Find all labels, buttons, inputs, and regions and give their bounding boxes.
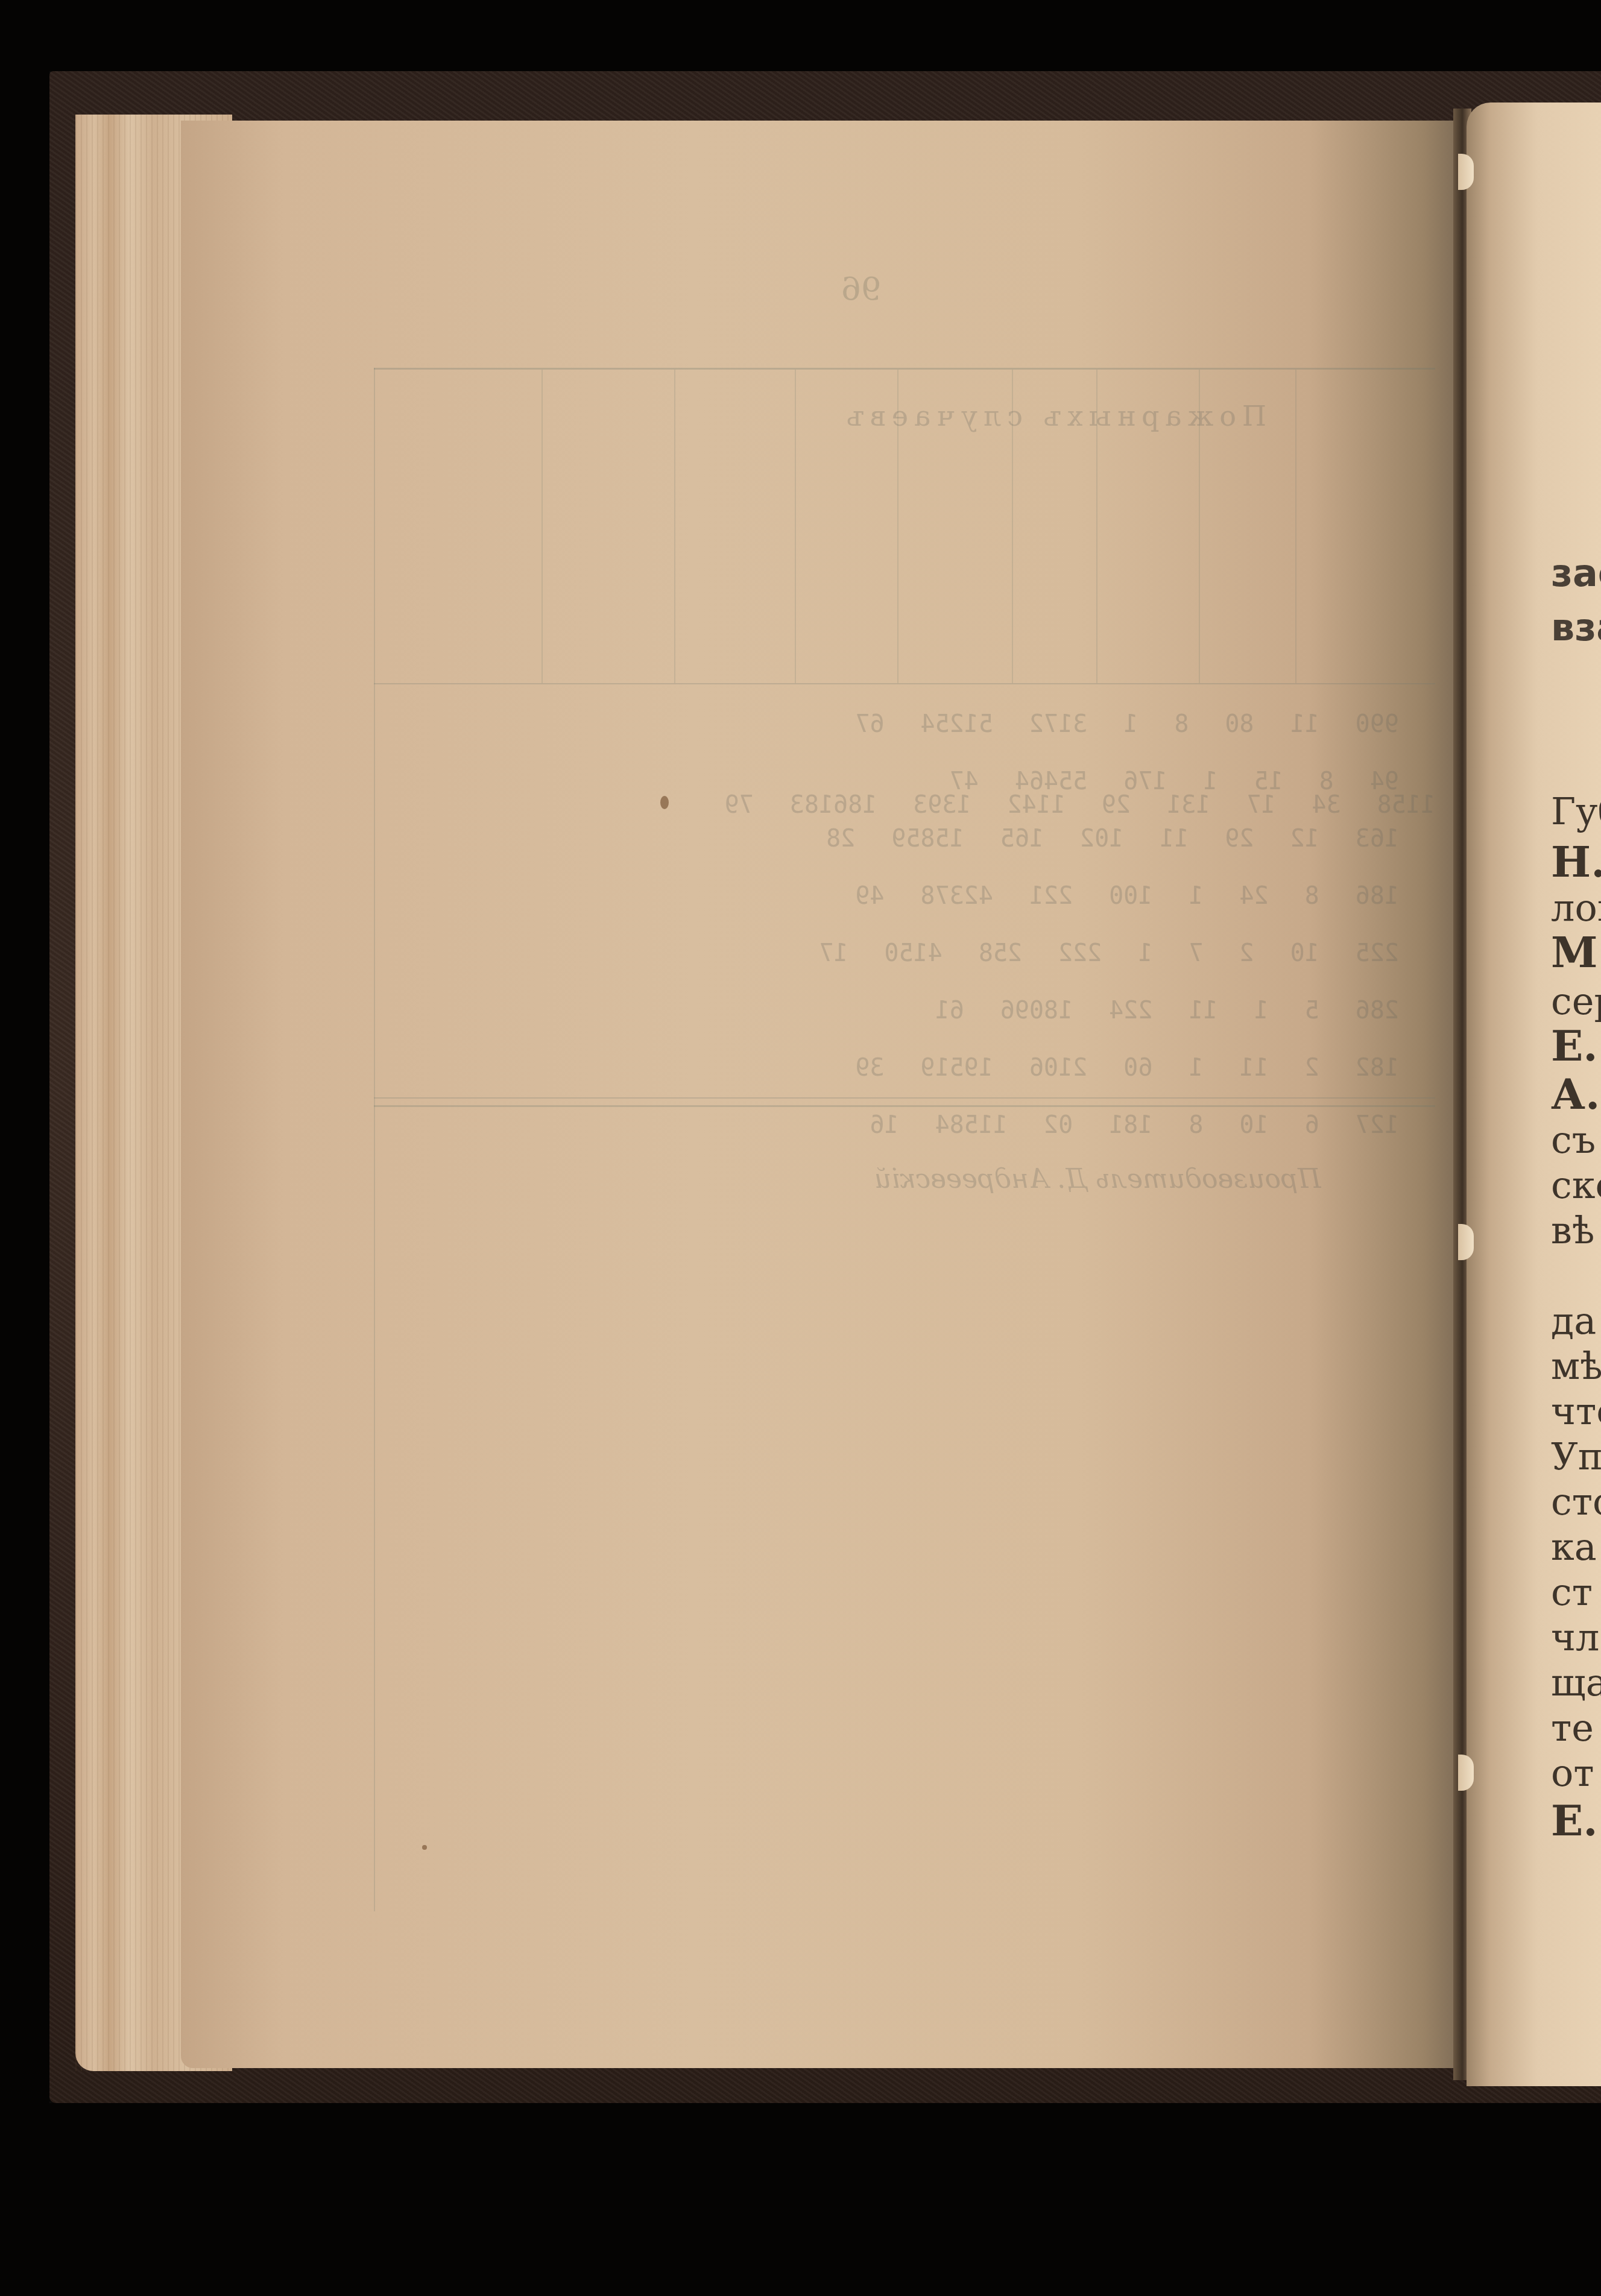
table-left-rule <box>374 368 375 1911</box>
cell: 24 <box>1239 882 1268 910</box>
text-fragment: те <box>1551 1709 1601 1747</box>
text-fragment: чл <box>1551 1619 1601 1656</box>
cell: 990 <box>1356 710 1399 738</box>
cell: 67 <box>855 710 884 738</box>
cell: 222 <box>1058 939 1102 967</box>
text-fragment: сер <box>1551 983 1601 1020</box>
cell: 80 <box>1225 710 1254 738</box>
column-divider <box>1096 370 1097 683</box>
cell: 18096 <box>1000 997 1073 1024</box>
cell: 61 <box>935 997 964 1024</box>
cell: 100 <box>1109 882 1152 910</box>
column-divider <box>1295 370 1296 683</box>
text-fragment: М. <box>1551 932 1601 974</box>
text-fragment: А. <box>1551 1073 1601 1115</box>
text-fragment: ка <box>1551 1528 1601 1566</box>
paper-stain <box>660 796 669 809</box>
text-fragment: ско <box>1551 1167 1601 1204</box>
cell: 34 <box>1312 791 1341 819</box>
table-row: 18221116021061951939 <box>374 1039 1435 1096</box>
cell: 3172 <box>1029 710 1087 738</box>
cell: 02 <box>1044 1111 1073 1139</box>
cell: 29 <box>1102 791 1131 819</box>
text-fragment: Губ <box>1551 793 1601 830</box>
cell: 186 <box>1356 882 1399 910</box>
table-row: 18682411002214237849 <box>374 867 1435 924</box>
text-fragment: Е. <box>1551 1025 1601 1067</box>
cell: 11 <box>1189 997 1217 1024</box>
cell: 51254 <box>920 710 993 738</box>
cell: 60 <box>1123 1054 1152 1082</box>
cell: 39 <box>855 1054 884 1082</box>
table-row: 1276108181021158416 <box>374 1096 1435 1153</box>
paper-speck <box>422 1845 427 1850</box>
gutter-tab-mark <box>1458 1224 1474 1260</box>
table-row: 99011808131725125467 <box>374 695 1435 752</box>
table-row: 22510271222258415017 <box>374 924 1435 982</box>
cell: 8 <box>1174 710 1189 738</box>
text-fragment: съ <box>1551 1121 1601 1159</box>
cell: 221 <box>1029 882 1073 910</box>
cell: 182 <box>1356 1054 1399 1082</box>
table-bottom-rule <box>374 1097 1435 1099</box>
cell: 127 <box>1356 1111 1399 1139</box>
cell: 17 <box>819 939 848 967</box>
text-fragment: что <box>1551 1393 1601 1430</box>
cell: 2 <box>1305 1054 1319 1082</box>
cell: 186183 <box>790 791 877 819</box>
text-fragment: вза <box>1551 609 1601 646</box>
cell: 2 <box>1239 939 1254 967</box>
cell: 79 <box>725 791 754 819</box>
gutter-tab-mark <box>1458 154 1474 190</box>
cell: 1 <box>1189 882 1203 910</box>
cell: 181 <box>1109 1111 1152 1139</box>
column-divider <box>1199 370 1200 683</box>
cell: 16 <box>870 1111 898 1139</box>
cell: 1 <box>1138 939 1152 967</box>
cell: 7 <box>1189 939 1203 967</box>
cell: 5 <box>1305 997 1319 1024</box>
column-divider <box>1012 370 1013 683</box>
text-fragment: Н. <box>1551 841 1601 883</box>
signature-bleed: Производитель Д. Андреевскій <box>874 1164 1321 1194</box>
cell: 1 <box>1123 710 1138 738</box>
cell: 8 <box>1305 882 1319 910</box>
column-divider <box>897 370 898 683</box>
cell: 286 <box>1356 997 1399 1024</box>
text-fragment: сто <box>1551 1483 1601 1521</box>
table-title: Пожарныхъ случаевъ <box>841 400 1266 432</box>
text-fragment: Уп <box>1551 1438 1601 1475</box>
cell: 1158 <box>1377 791 1435 819</box>
cell: 224 <box>1109 997 1152 1024</box>
cell: 11 <box>1239 1054 1268 1082</box>
cell: 1142 <box>1008 791 1066 819</box>
cell: 258 <box>979 939 1022 967</box>
text-fragment: лов <box>1551 889 1601 927</box>
cell: 131 <box>1167 791 1210 819</box>
text-fragment: ст <box>1551 1574 1601 1611</box>
cell: 11 <box>1290 710 1319 738</box>
table-total-row: 11583417131291142139318618379 <box>374 769 1471 841</box>
cell: 1393 <box>913 791 971 819</box>
gutter-tab-mark <box>1458 1755 1474 1791</box>
cell: 17 <box>1246 791 1275 819</box>
cell: 42378 <box>920 882 993 910</box>
cell: 49 <box>855 882 884 910</box>
text-fragment: от <box>1551 1755 1601 1792</box>
text-fragment: да <box>1551 1302 1601 1340</box>
page-number-bleed: 96 <box>841 271 881 307</box>
text-fragment: ща <box>1551 1664 1601 1701</box>
cell: 11584 <box>935 1111 1008 1139</box>
cell: 6 <box>1305 1111 1319 1139</box>
column-divider <box>674 370 675 683</box>
column-divider <box>542 370 543 683</box>
cell: 19519 <box>920 1054 993 1082</box>
cell: 1 <box>1254 997 1269 1024</box>
cell: 8 <box>1189 1111 1203 1139</box>
text-fragment: зас <box>1551 555 1601 592</box>
cell: 4150 <box>884 939 942 967</box>
cell: 10 <box>1290 939 1319 967</box>
column-divider <box>795 370 796 683</box>
table-row: 28651112241809661 <box>374 982 1435 1039</box>
text-fragment: вѣ <box>1551 1212 1601 1249</box>
cell: 225 <box>1356 939 1399 967</box>
table-body: 99011808131725125467 9481511765546447 16… <box>374 695 1435 1153</box>
cell: 1 <box>1189 1054 1203 1082</box>
text-fragment: мѣ <box>1551 1348 1601 1385</box>
cell: 10 <box>1239 1111 1268 1139</box>
text-fragment: Е. <box>1551 1800 1601 1842</box>
table-header: Пожарныхъ случаевъ <box>374 370 1435 684</box>
bleed-through-table: Пожарныхъ случаевъ 99011808131725125467 … <box>374 368 1435 1107</box>
cell: 2106 <box>1029 1054 1087 1082</box>
